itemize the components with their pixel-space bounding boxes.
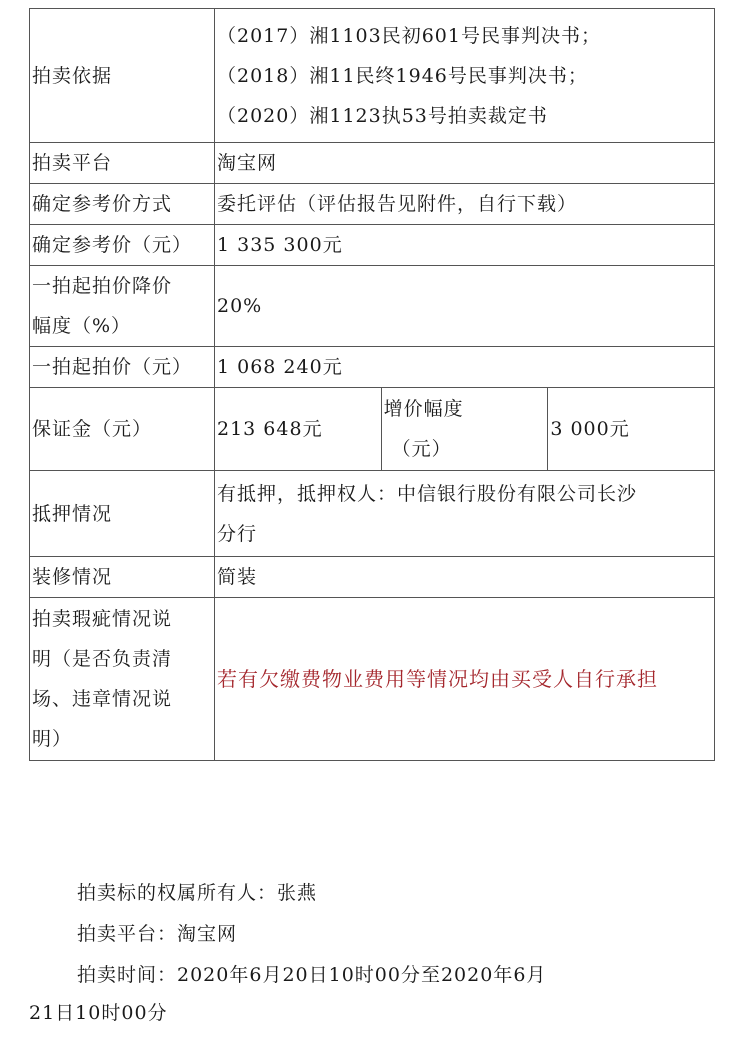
basis-line: （2018）湘11民终1946号民事判决书； [217,56,714,96]
row-label: 拍卖依据 [30,9,215,143]
label-line: 场、违章情况说 [32,679,214,719]
table-row: 拍卖依据 （2017）湘1103民初601号民事判决书； （2018）湘11民终… [30,9,715,143]
table-row: 一拍起拍价（元） 1 068 240元 [30,347,715,388]
table-row: 一拍起拍价降价 幅度（%） 20% [30,266,715,347]
row-value: 20% [215,266,715,347]
row-label: 确定参考价方式 [30,184,215,225]
label-line: 明（是否负责清 [32,639,214,679]
row-label: 抵押情况 [30,471,215,557]
row-label: 拍卖平台 [30,143,215,184]
table-row: 抵押情况 有抵押，抵押权人：中信银行股份有限公司长沙 分行 [30,471,715,557]
basis-line: （2017）湘1103民初601号民事判决书； [217,16,714,56]
auction-info-table: 拍卖依据 （2017）湘1103民初601号民事判决书； （2018）湘11民终… [29,8,715,761]
sub-value: 3 000元 [548,388,715,471]
row-label: 装修情况 [30,557,215,598]
row-value: 213 648元 [215,388,382,471]
row-value: （2017）湘1103民初601号民事判决书； （2018）湘11民终1946号… [215,9,715,143]
sub-label: 增价幅度 （元） [381,388,548,471]
value-line: 分行 [217,514,714,554]
row-label: 确定参考价（元） [30,225,215,266]
label-line: 幅度（%） [32,306,214,346]
row-value: 委托评估（评估报告见附件，自行下载） [215,184,715,225]
label-line: 拍卖瑕疵情况说 [32,599,214,639]
auction-time-line: 拍卖时间：2020年6月20日10时00分至2020年6月 [77,960,546,987]
label-line: （元） [384,429,548,469]
table-row: 拍卖瑕疵情况说 明（是否负责清 场、违章情况说 明） 若有欠缴费物业费用等情况均… [30,598,715,761]
row-value: 有抵押，抵押权人：中信银行股份有限公司长沙 分行 [215,471,715,557]
table-row: 确定参考价（元） 1 335 300元 [30,225,715,266]
basis-line: （2020）湘1123执53号拍卖裁定书 [217,96,714,136]
table-row: 保证金（元） 213 648元 增价幅度 （元） 3 000元 [30,388,715,471]
row-value: 1 068 240元 [215,347,715,388]
row-label: 一拍起拍价降价 幅度（%） [30,266,215,347]
row-label: 保证金（元） [30,388,215,471]
owner-line: 拍卖标的权属所有人：张燕 [77,878,317,905]
defect-note: 若有欠缴费物业费用等情况均由买受人自行承担 [215,598,715,761]
value-line: 有抵押，抵押权人：中信银行股份有限公司长沙 [217,474,714,514]
table-row: 装修情况 简装 [30,557,715,598]
platform-line: 拍卖平台：淘宝网 [77,919,237,946]
auction-time-line-2: 21日10时00分 [29,998,168,1025]
table-row: 确定参考价方式 委托评估（评估报告见附件，自行下载） [30,184,715,225]
row-label: 一拍起拍价（元） [30,347,215,388]
row-value: 简装 [215,557,715,598]
row-label: 拍卖瑕疵情况说 明（是否负责清 场、违章情况说 明） [30,598,215,761]
label-line: 明） [32,719,214,759]
label-line: 增价幅度 [384,389,548,429]
row-value: 1 335 300元 [215,225,715,266]
row-value: 淘宝网 [215,143,715,184]
label-line: 一拍起拍价降价 [32,266,214,306]
table-row: 拍卖平台 淘宝网 [30,143,715,184]
